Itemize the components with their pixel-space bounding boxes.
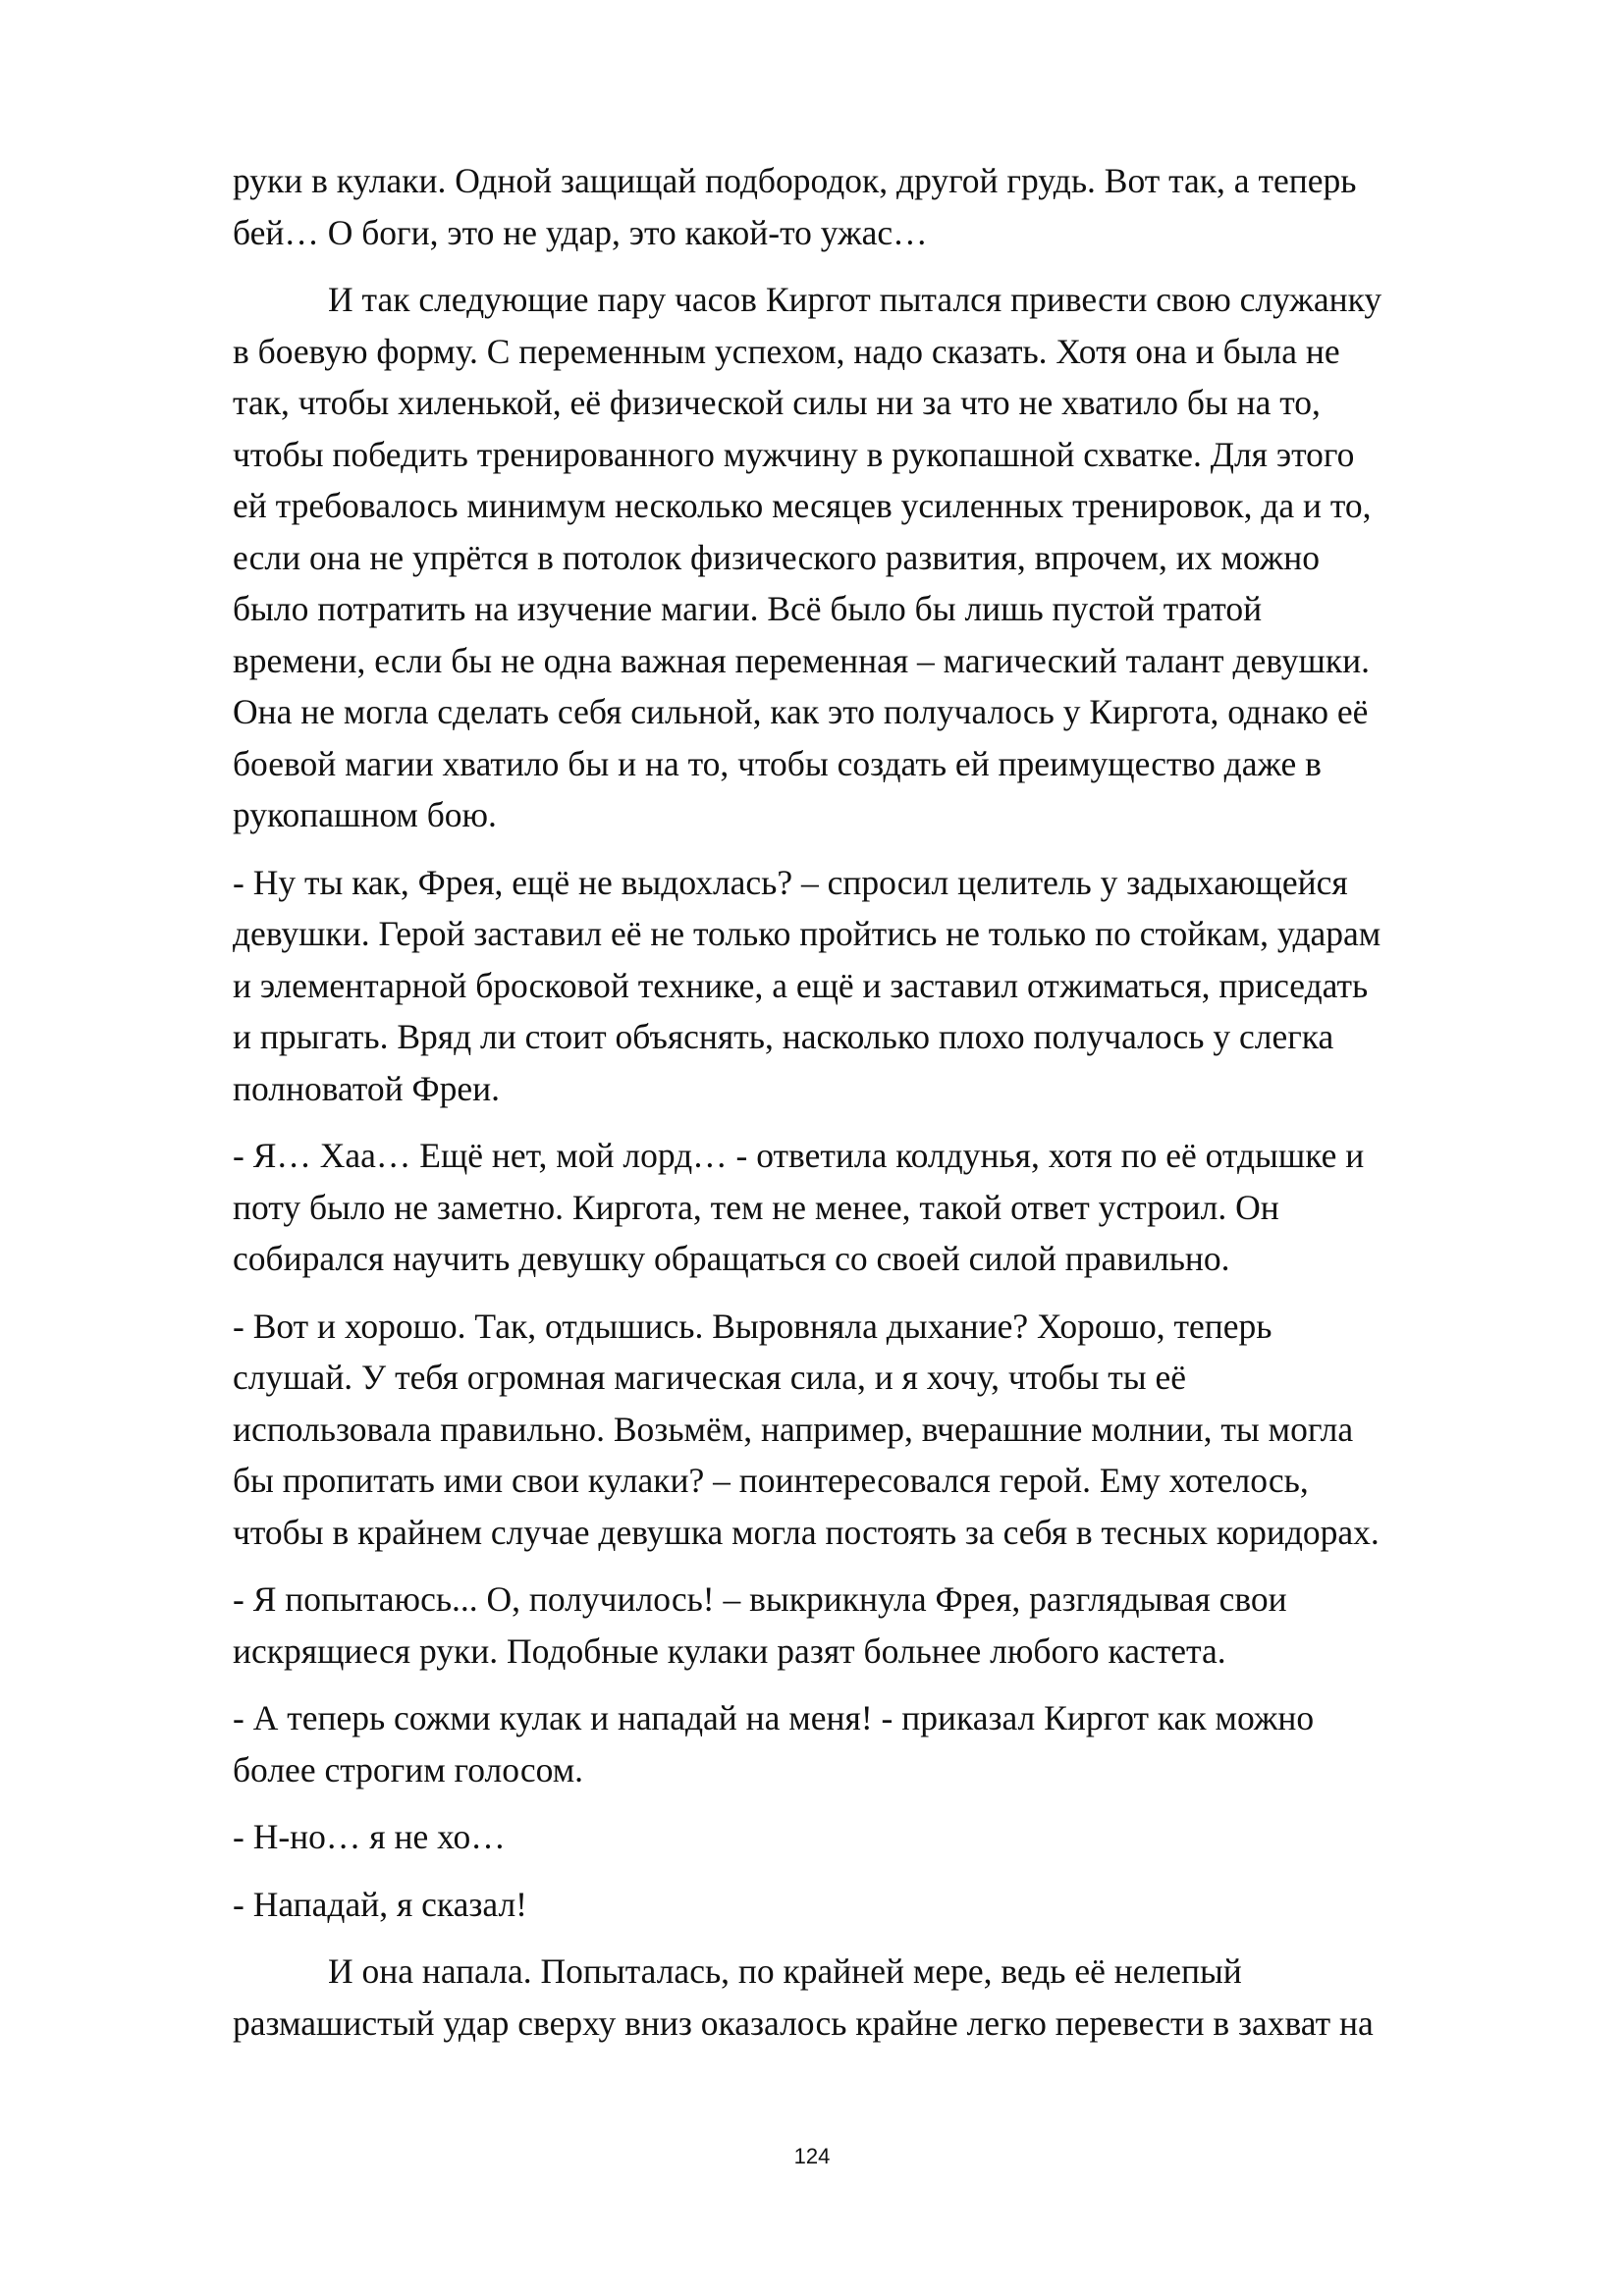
text-line: - А теперь сожми кулак и нападай на меня… — [233, 1692, 1509, 1744]
text-line: рукопашном бою. — [233, 789, 1509, 841]
page-number: 124 — [0, 2144, 1624, 2169]
text-line: руки в кулаки. Одной защищай подбородок,… — [233, 155, 1509, 207]
paragraph-4: - Я… Хаа… Ещё нет, мой лорд… - ответила … — [233, 1130, 1509, 1285]
text-line: времени, если бы не одна важная переменн… — [233, 635, 1509, 687]
text-line: - Я попытаюсь... О, получилось! – выкрик… — [233, 1574, 1509, 1626]
text-line: чтобы в крайнем случае девушка могла пос… — [233, 1507, 1509, 1559]
paragraph-7: - А теперь сожми кулак и нападай на меня… — [233, 1692, 1509, 1795]
text-line: боевой магии хватило бы и на то, чтобы с… — [233, 738, 1509, 790]
paragraph-8: - Н-но… я не хо… — [233, 1811, 1509, 1863]
text-line: бей… О боги, это не удар, это какой-то у… — [233, 207, 1509, 259]
text-line: - Я… Хаа… Ещё нет, мой лорд… - ответила … — [233, 1130, 1509, 1182]
text-line: и прыгать. Вряд ли стоит объяснять, наск… — [233, 1011, 1509, 1063]
text-line: И так следующие пару часов Киргот пыталс… — [233, 274, 1509, 326]
text-line: - Н-но… я не хо… — [233, 1811, 1509, 1863]
text-line: и элементарной бросковой технике, а ещё … — [233, 960, 1509, 1012]
text-line: так, чтобы хиленькой, её физической силы… — [233, 377, 1509, 429]
text-line: использовала правильно. Возьмём, наприме… — [233, 1404, 1509, 1456]
paragraph-2: И так следующие пару часов Киргот пыталс… — [233, 274, 1509, 841]
page-body: руки в кулаки. Одной защищай подбородок,… — [233, 155, 1509, 2064]
text-line: собирался научить девушку обращаться со … — [233, 1233, 1509, 1285]
text-line: слушай. У тебя огромная магическая сила,… — [233, 1352, 1509, 1404]
paragraph-3: - Ну ты как, Фрея, ещё не выдохлась? – с… — [233, 857, 1509, 1115]
text-line: - Нападай, я сказал! — [233, 1879, 1509, 1931]
text-line: размашистый удар сверху вниз оказалось к… — [233, 1998, 1509, 2050]
paragraph-1: руки в кулаки. Одной защищай подбородок,… — [233, 155, 1509, 258]
text-line: - Вот и хорошо. Так, отдышись. Выровняла… — [233, 1301, 1509, 1353]
text-line: чтобы победить тренированного мужчину в … — [233, 429, 1509, 481]
text-line: поту было не заметно. Киргота, тем не ме… — [233, 1182, 1509, 1234]
text-line: бы пропитать ими свои кулаки? – поинтере… — [233, 1455, 1509, 1507]
text-line: ей требовалось минимум несколько месяцев… — [233, 480, 1509, 532]
text-line: Она не могла сделать себя сильной, как э… — [233, 686, 1509, 738]
paragraph-10: И она напала. Попыталась, по крайней мер… — [233, 1946, 1509, 2049]
text-line: в боевую форму. С переменным успехом, на… — [233, 326, 1509, 378]
text-line: более строгим голосом. — [233, 1744, 1509, 1796]
text-line: девушки. Герой заставил её не только про… — [233, 908, 1509, 960]
paragraph-5: - Вот и хорошо. Так, отдышись. Выровняла… — [233, 1301, 1509, 1559]
paragraph-9: - Нападай, я сказал! — [233, 1879, 1509, 1931]
paragraph-6: - Я попытаюсь... О, получилось! – выкрик… — [233, 1574, 1509, 1677]
text-line: И она напала. Попыталась, по крайней мер… — [233, 1946, 1509, 1998]
text-line: - Ну ты как, Фрея, ещё не выдохлась? – с… — [233, 857, 1509, 909]
text-line: если она не упрётся в потолок физическог… — [233, 532, 1509, 584]
text-line: искрящиеся руки. Подобные кулаки разят б… — [233, 1626, 1509, 1678]
text-line: было потратить на изучение магии. Всё бы… — [233, 583, 1509, 635]
text-line: полноватой Фреи. — [233, 1063, 1509, 1115]
